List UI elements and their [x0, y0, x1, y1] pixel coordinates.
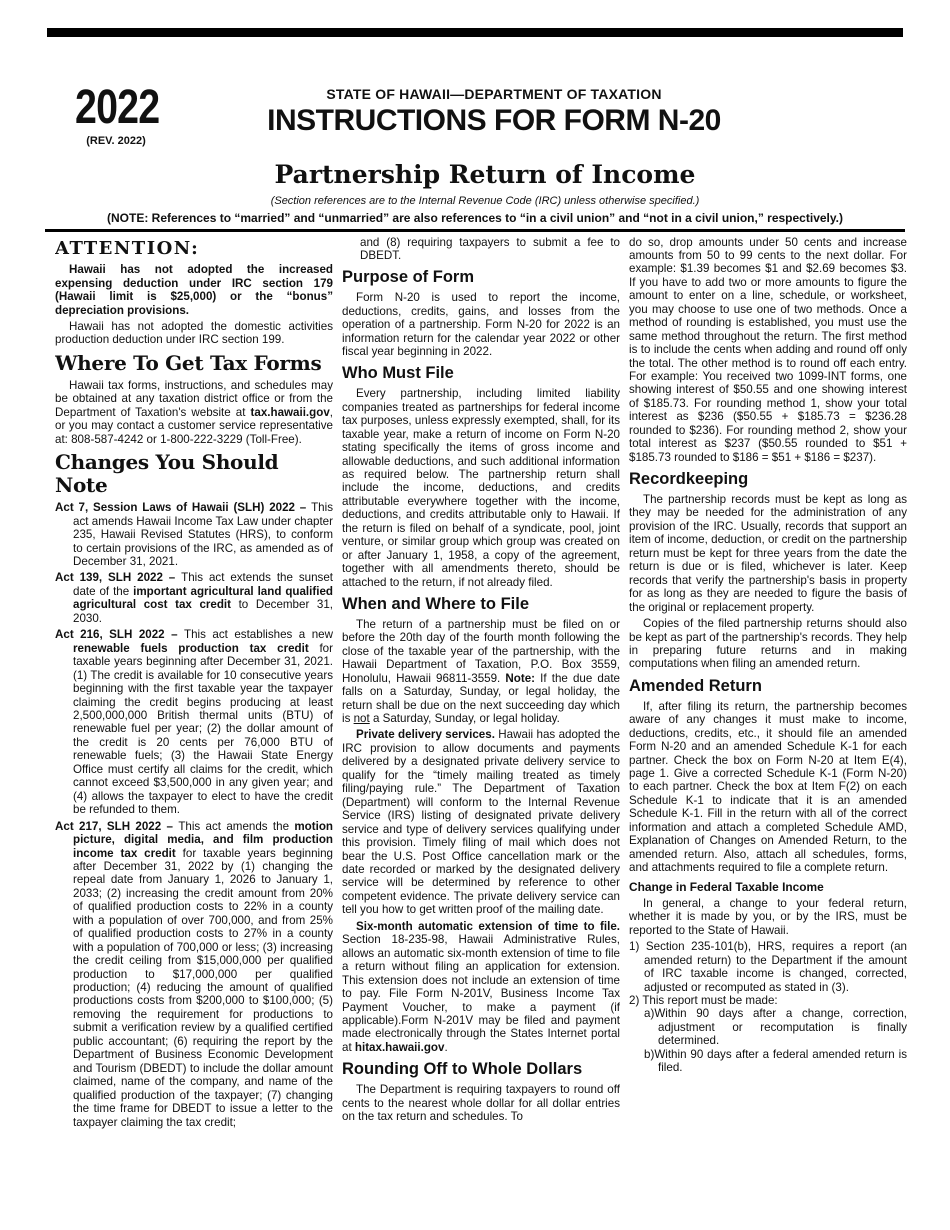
three-column-body: ATTENTION: Hawaii has not adopted the in… [0, 232, 950, 1230]
list-item-2b-text: Within 90 days after a federal amended r… [654, 1048, 907, 1074]
list-item-2a-text: Within 90 days after a change, correctio… [654, 1007, 907, 1047]
act-217-item: Act 217, SLH 2022 – This act amends the … [55, 820, 333, 1129]
when-and-where-paragraph: The return of a partnership must be file… [342, 618, 620, 726]
changes-you-should-note-heading: Changes You Should Note [55, 451, 333, 497]
purpose-of-form-paragraph: Form N-20 is used to report the income, … [342, 291, 620, 358]
list-item-2a: a)Within 90 days after a change, correct… [644, 1007, 907, 1047]
list-item-2-text: This report must be made: [642, 994, 777, 1007]
act-216-item: Act 216, SLH 2022 – This act establishes… [55, 628, 333, 816]
list-item-2a-number: a) [644, 1007, 654, 1020]
when-and-where-to-file-heading: When and Where to File [342, 595, 620, 615]
list-item-1-number: 1) [629, 940, 646, 953]
civil-union-note: (NOTE: References to “married” and “unma… [0, 211, 950, 225]
six-month-extension-paragraph: Six-month automatic extension of time to… [342, 920, 620, 1055]
purpose-of-form-heading: Purpose of Form [342, 268, 620, 288]
list-item-2: 2) This report must be made: [629, 994, 907, 1007]
who-must-file-heading: Who Must File [342, 364, 620, 384]
act-139-item: Act 139, SLH 2022 – This act extends the… [55, 571, 333, 625]
tax-year: 2022 [75, 84, 157, 132]
recordkeeping-heading: Recordkeeping [629, 470, 907, 490]
department-title: STATE OF HAWAII—DEPARTMENT OF TAXATION [38, 86, 950, 102]
rounding-continued-paragraph: do so, drop amounts under 50 cents and i… [629, 236, 907, 465]
document-subtitle: Partnership Return of Income [0, 160, 950, 189]
column-1: ATTENTION: Hawaii has not adopted the in… [55, 236, 333, 1230]
who-must-file-paragraph: Every partnership, including limited lia… [342, 387, 620, 589]
amended-return-paragraph: If, after filing its return, the partner… [629, 700, 907, 875]
act-217-continued-paragraph: and (8) requiring taxpayers to submit a … [342, 236, 620, 263]
top-black-bar [47, 28, 903, 37]
attention-paragraph-2: Hawaii has not adopted the domestic acti… [55, 320, 333, 347]
revision-label: (REV. 2022) [66, 135, 166, 147]
recordkeeping-paragraph-2: Copies of the filed partnership returns … [629, 617, 907, 671]
year-block: 2022 (REV. 2022) [66, 84, 166, 147]
list-item-2b: b)Within 90 days after a federal amended… [644, 1048, 907, 1075]
list-item-1: 1) Section 235-101(b), HRS, requires a r… [629, 940, 907, 994]
attention-heading: ATTENTION: [55, 239, 333, 260]
column-3: do so, drop amounts under 50 cents and i… [629, 236, 907, 1230]
where-to-get-tax-forms-heading: Where To Get Tax Forms [55, 352, 333, 375]
rounding-off-heading: Rounding Off to Whole Dollars [342, 1060, 620, 1080]
attention-paragraph-1: Hawaii has not adopted the increased exp… [55, 263, 333, 317]
list-item-2-number: 2) [629, 994, 642, 1007]
amended-return-heading: Amended Return [629, 677, 907, 697]
recordkeeping-paragraph-1: The partnership records must be kept as … [629, 493, 907, 614]
column-2: and (8) requiring taxpayers to submit a … [342, 236, 620, 1230]
list-item-1-text: Section 235-101(b), HRS, requires a repo… [644, 940, 907, 993]
private-delivery-paragraph: Private delivery services. Hawaii has ad… [342, 728, 620, 916]
form-title: INSTRUCTIONS FOR FORM N-20 [38, 105, 950, 137]
where-to-get-tax-forms-paragraph: Hawaii tax forms, instructions, and sche… [55, 379, 333, 446]
act-7-item: Act 7, Session Laws of Hawaii (SLH) 2022… [55, 501, 333, 568]
rounding-off-paragraph: The Department is requiring taxpayers to… [342, 1083, 620, 1123]
federal-change-paragraph: In general, a change to your federal ret… [629, 897, 907, 937]
change-federal-taxable-income-heading: Change in Federal Taxable Income [629, 880, 907, 894]
document-page: 2022 (REV. 2022) STATE OF HAWAII—DEPARTM… [0, 0, 950, 1230]
section-reference-note: (Section references are to the Internal … [0, 195, 950, 207]
list-item-2b-number: b) [644, 1048, 654, 1061]
